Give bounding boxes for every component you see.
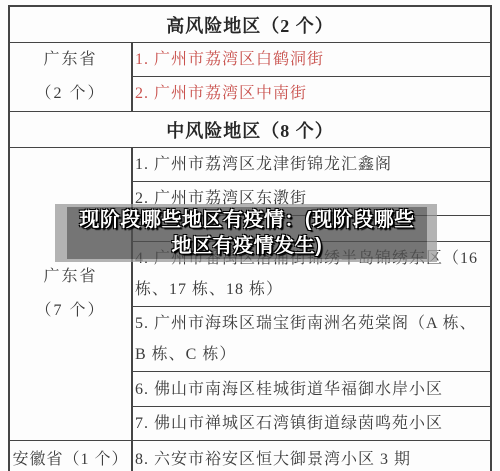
caption-overlay: 现阶段哪些地区有疫情：(现阶段哪些 地区有疫情发生) bbox=[55, 204, 437, 262]
high-risk-block: 广东省 （2 个） 1. 广州市荔湾区白鹤洞街 2. 广州市荔湾区中南街 bbox=[10, 43, 490, 111]
medium-risk-item: 5. 广州市海珠区瑞宝街南洲名苑棠阁（A 栋、B 栋、C 栋） bbox=[135, 308, 488, 370]
table-row: 6. 佛山市南海区桂城街道华福御水岸小区 bbox=[133, 372, 490, 407]
medium-risk-item: 1. 广州市荔湾区龙津街锦龙汇鑫阁 bbox=[135, 149, 392, 180]
province-cell-guangdong-2: 广东省 （2 个） bbox=[10, 43, 133, 111]
high-risk-item: 2. 广州市荔湾区中南街 bbox=[135, 78, 307, 109]
table-row: 5. 广州市海珠区瑞宝街南洲名苑棠阁（A 栋、B 栋、C 栋） bbox=[133, 307, 490, 372]
province-count: （7 个） bbox=[35, 294, 105, 328]
medium-risk-item: 8. 六安市裕安区恒大御景湾小区 3 期 bbox=[133, 441, 490, 471]
table-row: 7. 佛山市禅城区石湾镇街道绿茵鸣苑小区 bbox=[133, 407, 490, 440]
caption-line-2: 地区有疫情发生) bbox=[172, 233, 323, 259]
medium-risk-item: 6. 佛山市南海区桂城街道华福御水岸小区 bbox=[135, 374, 443, 405]
high-risk-section-header: 高风险地区（2 个） bbox=[10, 7, 490, 43]
medium-risk-item: 7. 佛山市禅城区石湾镇街道绿茵鸣苑小区 bbox=[135, 408, 443, 439]
table-row: 2. 广州市荔湾区中南街 bbox=[133, 77, 490, 110]
table-row: 1. 广州市荔湾区白鹤洞街 bbox=[133, 43, 490, 77]
province-cell-anhui: 安徽省（1 个） bbox=[10, 441, 133, 471]
medium-risk-section-header: 中风险地区（8 个） bbox=[10, 111, 490, 148]
province-cell-guangdong-7: 广东省 （7 个） bbox=[10, 148, 133, 440]
high-risk-item: 1. 广州市荔湾区白鹤洞街 bbox=[135, 44, 324, 75]
caption-line-1: 现阶段哪些地区有疫情：(现阶段哪些 bbox=[79, 207, 414, 233]
province-count: （2 个） bbox=[35, 77, 105, 111]
medium-risk-block: 广东省 （7 个） 1. 广州市荔湾区龙津街锦龙汇鑫阁 2. 广州市荔湾区东漖街… bbox=[10, 148, 490, 440]
province-name: 广东省 bbox=[43, 43, 97, 77]
anhui-row: 安徽省（1 个） 8. 六安市裕安区恒大御景湾小区 3 期 bbox=[10, 440, 490, 471]
table-row: 1. 广州市荔湾区龙津街锦龙汇鑫阁 bbox=[133, 148, 490, 182]
province-name: 广东省 bbox=[43, 260, 97, 294]
